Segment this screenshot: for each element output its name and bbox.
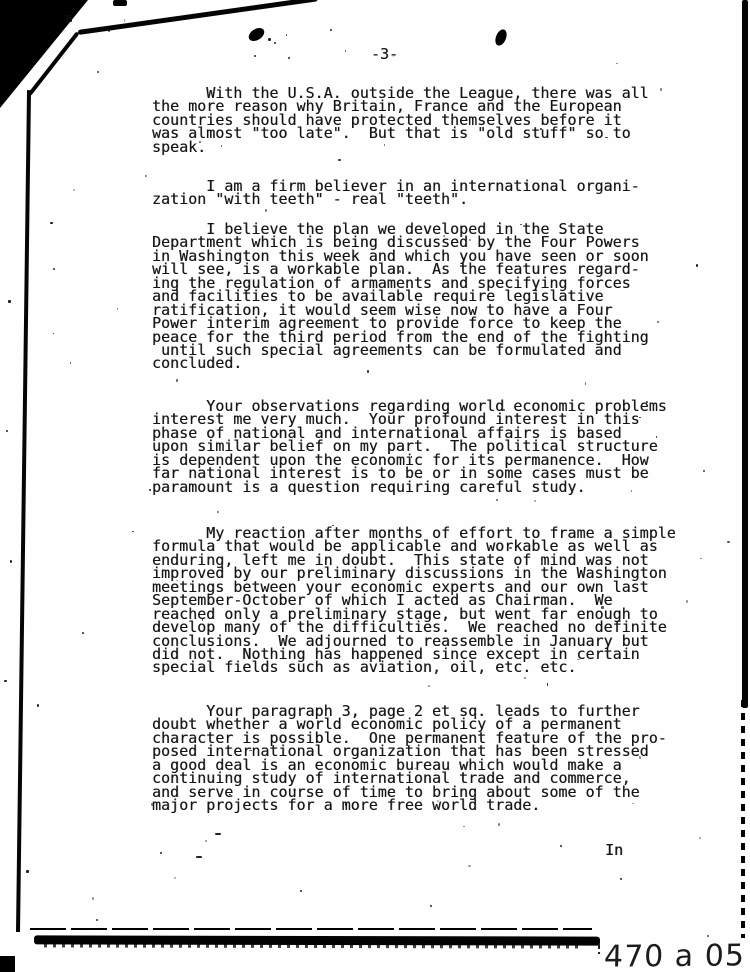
scan-speck (686, 600, 688, 603)
scan-speck (288, 57, 290, 59)
scan-speck (443, 235, 445, 237)
scan-speck (6, 430, 8, 432)
ink-blot-right (493, 28, 509, 48)
scan-speck (73, 189, 75, 191)
scan-speck (66, 15, 72, 22)
scan-speck (276, 433, 279, 435)
scan-speck (97, 71, 99, 73)
scan-speck (4, 680, 7, 682)
scan-speck (468, 865, 471, 867)
scan-speck (217, 511, 219, 513)
scan-speck (8, 300, 11, 303)
scan-speck (145, 175, 147, 177)
scan-speck (108, 30, 110, 32)
scan-speck (345, 50, 346, 52)
handwritten-archive-number: 470 a 05 (604, 938, 746, 972)
scan-speck (50, 222, 53, 224)
text-line: paramount is a question requiring carefu… (152, 481, 667, 494)
page-number: -3- (371, 45, 398, 63)
scan-speck (149, 489, 151, 491)
scan-speck (196, 856, 202, 858)
scan-speck (423, 928, 424, 930)
scan-speck (703, 470, 705, 472)
scan-speck (524, 677, 526, 679)
handwritten-tick-mark (598, 944, 600, 949)
scan-speck (601, 606, 604, 609)
scan-speck (660, 88, 662, 91)
scan-speck (53, 268, 55, 270)
scan-speck (585, 382, 586, 385)
scan-speck (639, 756, 641, 759)
scan-speck (117, 308, 118, 310)
paragraph: I am a firm believer in an international… (152, 180, 640, 207)
scan-speck (727, 541, 730, 543)
scan-speck (330, 29, 332, 31)
scan-speck (249, 750, 252, 751)
text-line: speak. (152, 141, 649, 154)
scan-speck (174, 877, 176, 879)
scan-speck (540, 128, 542, 130)
scan-speck (274, 42, 276, 44)
paragraph: With the U.S.A. outside the League, ther… (152, 87, 649, 154)
scan-speck (463, 826, 465, 827)
scan-speck (411, 456, 412, 458)
scan-speck (646, 401, 648, 403)
handwritten-tick-dot (598, 952, 600, 954)
scan-speck (496, 499, 498, 501)
scan-speck (160, 852, 162, 854)
left-scan-edge-line (16, 90, 31, 932)
text-line: zation "with teeth" - real "teeth". (152, 193, 640, 206)
right-scan-edge-dashes (741, 700, 745, 938)
scan-speck (92, 897, 94, 900)
scan-speck (205, 840, 207, 842)
scan-speck (266, 572, 268, 574)
scan-speck (293, 789, 296, 791)
scan-speck (509, 547, 512, 549)
paragraph: I believe the plan we developed in the S… (152, 223, 649, 371)
scan-speck (437, 800, 439, 802)
scan-speck (334, 406, 336, 408)
scan-speck (469, 239, 471, 241)
scan-speck (82, 632, 84, 634)
catchword: In (605, 841, 623, 859)
scan-speck (381, 657, 383, 658)
scan-speck (26, 870, 29, 873)
top-edge-mark (113, 0, 127, 6)
scan-speck (96, 919, 98, 921)
paragraph: My reaction after months of effort to fr… (152, 527, 676, 675)
scan-speck (124, 19, 125, 22)
scan-speck (268, 38, 271, 41)
ink-blot-left (246, 25, 266, 43)
text-line: major projects for a more free world tra… (152, 799, 667, 812)
scan-speck (577, 659, 580, 660)
scan-speck (10, 560, 12, 563)
scan-speck (254, 55, 256, 57)
scan-speck (430, 905, 432, 907)
scan-speck (221, 145, 222, 147)
scan-speck (451, 434, 454, 436)
scan-speck (132, 531, 134, 532)
scan-speck (176, 379, 178, 382)
right-scan-edge-line (742, 0, 748, 708)
scan-speck (534, 500, 536, 502)
bottom-scan-thin-line (30, 928, 592, 930)
scan-speck (525, 183, 527, 186)
scan-speck (700, 558, 702, 559)
text-line: concluded. (152, 357, 649, 370)
scan-speck (286, 34, 287, 36)
bottom-left-scan-mark (0, 956, 15, 972)
scan-speck (696, 264, 698, 267)
scan-speck (367, 370, 369, 373)
corner-fold-artifact (0, 0, 90, 110)
scan-speck (503, 409, 505, 411)
scanned-letter-page: -3- With the U.S.A. outside the League, … (0, 0, 750, 972)
scan-speck (707, 935, 709, 937)
scan-speck (151, 803, 153, 806)
scan-speck (498, 823, 500, 826)
paragraph: Your observations regarding world econom… (152, 400, 667, 494)
scan-speck (616, 63, 618, 64)
text-line: was almost "too late". But that is "old … (152, 127, 649, 140)
scan-speck (332, 525, 334, 526)
scan-speck (70, 362, 71, 364)
scan-speck (399, 270, 401, 273)
scan-speck (620, 878, 622, 880)
scan-speck (300, 890, 302, 892)
scan-speck (547, 683, 548, 686)
scan-speck (428, 685, 430, 687)
scan-speck (215, 833, 221, 835)
scan-speck (265, 209, 267, 212)
scan-speck (657, 321, 659, 323)
scan-speck (560, 845, 562, 847)
scan-speck (338, 159, 341, 161)
bottom-scan-edge-band (34, 935, 600, 945)
scan-speck (699, 837, 701, 839)
text-line: special fields such as aviation, oil, et… (152, 661, 676, 674)
paragraph: Your paragraph 3, page 2 et sq. leads to… (152, 705, 667, 813)
scan-speck (37, 704, 39, 707)
scan-speck (53, 333, 54, 334)
